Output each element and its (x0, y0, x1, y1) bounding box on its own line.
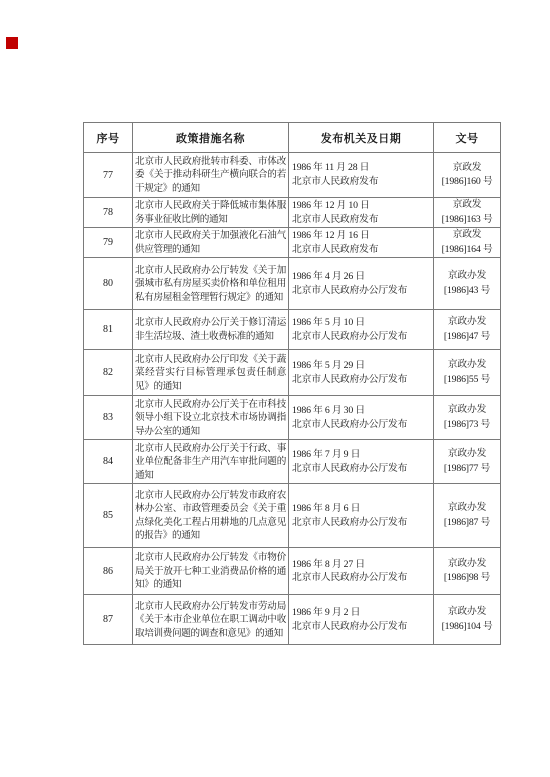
publish-issuer: 北京市人民政府发布 (292, 213, 431, 227)
table-row: 77北京市人民政府批转市科委、市体改委《关于推动科研生产横向联合的若干规定》的通… (84, 153, 501, 198)
publish-date: 1986 年 9 月 2 日 (292, 606, 431, 620)
doc-number-cell: 京政办发[1986]77 号 (434, 440, 501, 484)
doc-number-prefix: 京政办发 (434, 605, 500, 620)
policy-name-cell: 北京市人民政府办公厅转发《市物价局关于放开七种工业消费品价格的通知》的通知 (133, 548, 289, 595)
doc-number-value: [1986]98 号 (434, 571, 500, 586)
issuer-date-cell: 1986 年 5 月 29 日北京市人民政府办公厅发布 (289, 350, 434, 396)
policy-table: 序号 政策措施名称 发布机关及日期 文号 77北京市人民政府批转市科委、市体改委… (83, 122, 501, 645)
issuer-date-cell: 1986 年 8 月 27 日北京市人民政府办公厅发布 (289, 548, 434, 595)
serial-number-cell: 84 (84, 440, 133, 484)
policy-name-cell: 北京市人民政府办公厅转发市劳动局《关于本市企业单位在职工调动中收取培训费问题的调… (133, 595, 289, 645)
publish-date: 1986 年 11 月 28 日 (292, 161, 431, 175)
policy-name-cell: 北京市人民政府办公厅转发市政府农林办公室、市政管理委员会《关于重点绿化美化工程占… (133, 484, 289, 548)
policy-name-cell: 北京市人民政府办公厅印发《关于蔬菜经营实行目标管理承包责任制意见》的通知 (133, 350, 289, 396)
policy-name-cell: 北京市人民政府办公厅转发《关于加强城市私有房屋买卖价格和单位租用私有房屋租金管理… (133, 258, 289, 310)
table-row: 82北京市人民政府办公厅印发《关于蔬菜经营实行目标管理承包责任制意见》的通知19… (84, 350, 501, 396)
doc-number-prefix: 京政办发 (434, 501, 500, 516)
publish-issuer: 北京市人民政府办公厅发布 (292, 284, 431, 298)
doc-number-cell: 京政办发[1986]47 号 (434, 310, 501, 350)
issuer-date-cell: 1986 年 6 月 30 日北京市人民政府办公厅发布 (289, 396, 434, 440)
issuer-date-cell: 1986 年 4 月 26 日北京市人民政府办公厅发布 (289, 258, 434, 310)
header-policy-name: 政策措施名称 (133, 123, 289, 153)
publish-issuer: 北京市人民政府发布 (292, 175, 431, 189)
table-row: 83北京市人民政府办公厅关于在市科技领导小组下设立北京技术市场协调指导办公室的通… (84, 396, 501, 440)
doc-number-cell: 京政办发[1986]55 号 (434, 350, 501, 396)
table-header-row: 序号 政策措施名称 发布机关及日期 文号 (84, 123, 501, 153)
issuer-date-cell: 1986 年 7 月 9 日北京市人民政府办公厅发布 (289, 440, 434, 484)
policy-name-cell: 北京市人民政府办公厅关于在市科技领导小组下设立北京技术市场协调指导办公室的通知 (133, 396, 289, 440)
publish-date: 1986 年 5 月 29 日 (292, 359, 431, 373)
publish-date: 1986 年 8 月 27 日 (292, 558, 431, 572)
table-row: 81北京市人民政府办公厅关于修订清运非生活垃圾、渣土收费标准的通知1986 年 … (84, 310, 501, 350)
doc-number-prefix: 京政发 (434, 198, 500, 213)
doc-number-prefix: 京政办发 (434, 315, 500, 330)
doc-number-cell: 京政发[1986]164 号 (434, 228, 501, 258)
serial-number-cell: 83 (84, 396, 133, 440)
table-row: 80北京市人民政府办公厅转发《关于加强城市私有房屋买卖价格和单位租用私有房屋租金… (84, 258, 501, 310)
serial-number-cell: 80 (84, 258, 133, 310)
policy-name-cell: 北京市人民政府办公厅关于修订清运非生活垃圾、渣土收费标准的通知 (133, 310, 289, 350)
doc-number-cell: 京政办发[1986]98 号 (434, 548, 501, 595)
serial-number-cell: 81 (84, 310, 133, 350)
header-serial-number: 序号 (84, 123, 133, 153)
doc-number-value: [1986]104 号 (434, 620, 500, 635)
doc-number-prefix: 京政办发 (434, 269, 500, 284)
policy-name-cell: 北京市人民政府批转市科委、市体改委《关于推动科研生产横向联合的若干规定》的通知 (133, 153, 289, 198)
publish-issuer: 北京市人民政府办公厅发布 (292, 516, 431, 530)
doc-number-value: [1986]164 号 (434, 243, 500, 258)
doc-number-value: [1986]43 号 (434, 284, 500, 299)
issuer-date-cell: 1986 年 12 月 16 日北京市人民政府发布 (289, 228, 434, 258)
serial-number-cell: 79 (84, 228, 133, 258)
doc-number-prefix: 京政发 (434, 161, 500, 176)
publish-date: 1986 年 4 月 26 日 (292, 270, 431, 284)
doc-number-prefix: 京政办发 (434, 447, 500, 462)
policy-name-cell: 北京市人民政府关于加强液化石油气供应管理的通知 (133, 228, 289, 258)
doc-number-value: [1986]77 号 (434, 462, 500, 477)
publish-issuer: 北京市人民政府发布 (292, 243, 431, 257)
policy-name-cell: 北京市人民政府关于降低城市集体服务事业征收比例的通知 (133, 198, 289, 228)
table-row: 85北京市人民政府办公厅转发市政府农林办公室、市政管理委员会《关于重点绿化美化工… (84, 484, 501, 548)
issuer-date-cell: 1986 年 12 月 10 日北京市人民政府发布 (289, 198, 434, 228)
publish-issuer: 北京市人民政府办公厅发布 (292, 620, 431, 634)
issuer-date-cell: 1986 年 9 月 2 日北京市人民政府办公厅发布 (289, 595, 434, 645)
doc-number-value: [1986]160 号 (434, 175, 500, 190)
table-row: 87北京市人民政府办公厅转发市劳动局《关于本市企业单位在职工调动中收取培训费问题… (84, 595, 501, 645)
publish-date: 1986 年 12 月 16 日 (292, 229, 431, 243)
table-row: 78北京市人民政府关于降低城市集体服务事业征收比例的通知1986 年 12 月 … (84, 198, 501, 228)
doc-number-cell: 京政办发[1986]87 号 (434, 484, 501, 548)
doc-number-prefix: 京政办发 (434, 403, 500, 418)
document-page: 序号 政策措施名称 发布机关及日期 文号 77北京市人民政府批转市科委、市体改委… (0, 0, 550, 777)
doc-number-value: [1986]47 号 (434, 330, 500, 345)
publish-issuer: 北京市人民政府办公厅发布 (292, 418, 431, 432)
doc-number-value: [1986]163 号 (434, 213, 500, 228)
serial-number-cell: 85 (84, 484, 133, 548)
red-marker-icon (6, 37, 18, 49)
issuer-date-cell: 1986 年 5 月 10 日北京市人民政府办公厅发布 (289, 310, 434, 350)
publish-issuer: 北京市人民政府办公厅发布 (292, 462, 431, 476)
publish-date: 1986 年 8 月 6 日 (292, 502, 431, 516)
publish-date: 1986 年 5 月 10 日 (292, 316, 431, 330)
issuer-date-cell: 1986 年 11 月 28 日北京市人民政府发布 (289, 153, 434, 198)
doc-number-cell: 京政发[1986]163 号 (434, 198, 501, 228)
doc-number-value: [1986]87 号 (434, 516, 500, 531)
publish-date: 1986 年 6 月 30 日 (292, 404, 431, 418)
serial-number-cell: 82 (84, 350, 133, 396)
serial-number-cell: 86 (84, 548, 133, 595)
doc-number-value: [1986]55 号 (434, 373, 500, 388)
doc-number-cell: 京政发[1986]160 号 (434, 153, 501, 198)
doc-number-prefix: 京政办发 (434, 358, 500, 373)
doc-number-cell: 京政办发[1986]73 号 (434, 396, 501, 440)
table-row: 79北京市人民政府关于加强液化石油气供应管理的通知1986 年 12 月 16 … (84, 228, 501, 258)
doc-number-prefix: 京政发 (434, 228, 500, 243)
publish-date: 1986 年 12 月 10 日 (292, 199, 431, 213)
publish-date: 1986 年 7 月 9 日 (292, 448, 431, 462)
table-row: 84北京市人民政府办公厅关于行政、事业单位配备非生产用汽车审批问题的通知1986… (84, 440, 501, 484)
table-row: 86北京市人民政府办公厅转发《市物价局关于放开七种工业消费品价格的通知》的通知1… (84, 548, 501, 595)
doc-number-value: [1986]73 号 (434, 418, 500, 433)
serial-number-cell: 87 (84, 595, 133, 645)
issuer-date-cell: 1986 年 8 月 6 日北京市人民政府办公厅发布 (289, 484, 434, 548)
publish-issuer: 北京市人民政府办公厅发布 (292, 373, 431, 387)
doc-number-cell: 京政办发[1986]43 号 (434, 258, 501, 310)
publish-issuer: 北京市人民政府办公厅发布 (292, 330, 431, 344)
doc-number-prefix: 京政办发 (434, 557, 500, 572)
serial-number-cell: 78 (84, 198, 133, 228)
doc-number-cell: 京政办发[1986]104 号 (434, 595, 501, 645)
header-doc-number: 文号 (434, 123, 501, 153)
policy-name-cell: 北京市人民政府办公厅关于行政、事业单位配备非生产用汽车审批问题的通知 (133, 440, 289, 484)
serial-number-cell: 77 (84, 153, 133, 198)
publish-issuer: 北京市人民政府办公厅发布 (292, 571, 431, 585)
header-issuer-date: 发布机关及日期 (289, 123, 434, 153)
